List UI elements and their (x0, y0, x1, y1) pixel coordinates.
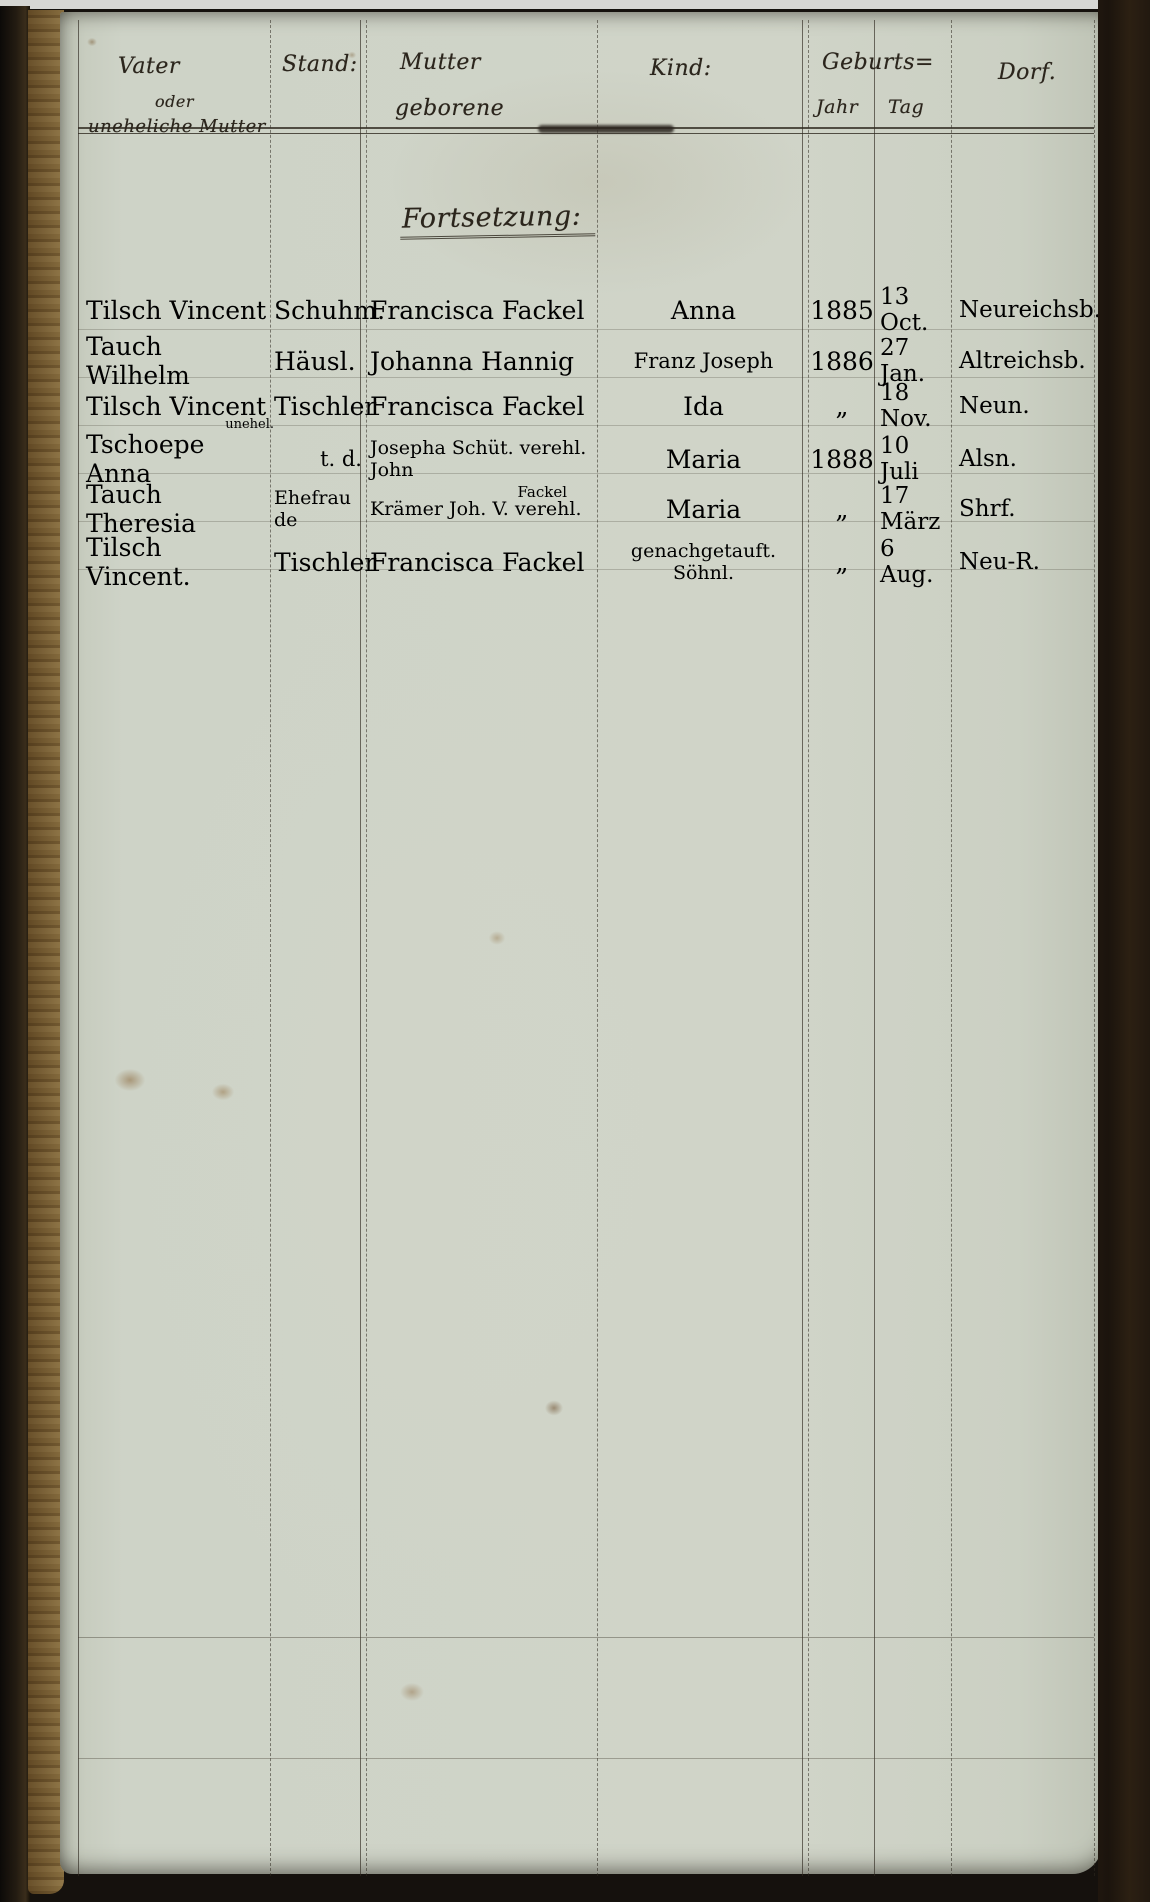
header-village: Dorf. (998, 60, 1056, 85)
cell-year: 1886 (806, 347, 878, 376)
register-row: Tschoepe Anna unehel. t. d. Josepha Schü… (78, 430, 1097, 478)
cell-year: 1888 (806, 445, 878, 474)
section-heading: Fortsetzung: (400, 200, 596, 239)
register-row: Tauch Wilhelm Häusl. Johanna Hannig Fran… (78, 332, 1097, 380)
cell-stand: Ehefrau de (270, 487, 364, 531)
cell-year: „ (806, 548, 878, 577)
cell-year: 1885 (806, 296, 878, 325)
cell-year: „ (806, 495, 878, 524)
header-father-or: oder (155, 92, 194, 111)
cell-day: 13 Oct. (878, 284, 955, 336)
cell-father: Tilsch Vincent (78, 296, 270, 325)
cell-mother: Josepha Schüt. verehl. John (364, 437, 601, 481)
photo-background-strip (0, 0, 1150, 9)
header-birth-year: Jahr (816, 96, 858, 118)
header-child: Kind: (650, 56, 712, 81)
header-mother-nee: geborene (395, 96, 504, 121)
cell-father: Tauch Theresia (78, 480, 270, 538)
cell-stand: Tischler (270, 392, 364, 421)
cell-stand: Schuhm. (270, 296, 364, 325)
cell-mother: Francisca Fackel (364, 296, 601, 325)
crease-line (78, 1758, 1094, 1759)
cell-village: Shrf. (955, 496, 1097, 522)
cell-child: Anna (601, 296, 806, 325)
cell-mother: Johanna Hannig (364, 347, 601, 376)
cell-day: 17 März (878, 483, 955, 535)
header-father-unwed: uneheliche Mutter (88, 116, 266, 137)
cell-child: Franz Joseph (601, 349, 806, 373)
book-cover-right (1098, 0, 1150, 1902)
register-row: Tilsch Vincent. Tischler Francisca Facke… (78, 533, 1097, 581)
header-birth: Geburts= (822, 50, 934, 75)
cell-village: Neun. (955, 393, 1097, 419)
cell-father: Tilsch Vincent. (78, 533, 270, 591)
cell-stand: Tischler (270, 548, 364, 577)
page-edge-stack (28, 10, 64, 1894)
cell-village: Alsn. (955, 446, 1097, 472)
header-stand: Stand: (282, 52, 358, 77)
cell-child: Maria (601, 445, 806, 474)
cell-mother: Francisca Fackel (364, 548, 601, 577)
header-birth-day: Tag (888, 96, 924, 118)
ink-smudge (538, 125, 674, 133)
cell-child: Ida (601, 392, 806, 421)
cell-mother: Francisca Fackel (364, 392, 601, 421)
cell-father-note: unehel. (225, 417, 274, 432)
cell-village: Neureichsb. (955, 297, 1097, 323)
cell-child: genachgetauft. Söhnl. (601, 540, 806, 584)
cell-village: Altreichsb. (955, 348, 1097, 374)
book-spine-left (0, 6, 30, 1902)
cell-stand: Häusl. (270, 347, 364, 376)
cell-day: 10 Juli (878, 433, 955, 485)
cell-child: Maria (601, 495, 806, 524)
register-row: Tilsch Vincent Schuhm. Francisca Fackel … (78, 284, 1097, 332)
header-mother: Mutter (400, 50, 481, 75)
cell-mother-note: Fackel (518, 483, 568, 501)
cell-mother: Krämer Joh. V. verehl. Fackel (364, 498, 601, 520)
cell-year: „ (806, 392, 878, 421)
cell-day: 18 Nov. (878, 380, 955, 432)
crease-line (78, 1637, 1094, 1638)
register-page: Vater oder uneheliche Mutter Stand: Mutt… (60, 12, 1102, 1874)
cell-day: 6 Aug. (878, 536, 955, 588)
header-father: Vater (118, 54, 180, 79)
cell-village: Neu-R. (955, 549, 1097, 575)
scanned-register-photo: Vater oder uneheliche Mutter Stand: Mutt… (0, 0, 1150, 1902)
register-row: Tauch Theresia Ehefrau de Krämer Joh. V.… (78, 480, 1097, 528)
cell-stand: t. d. (270, 447, 364, 471)
